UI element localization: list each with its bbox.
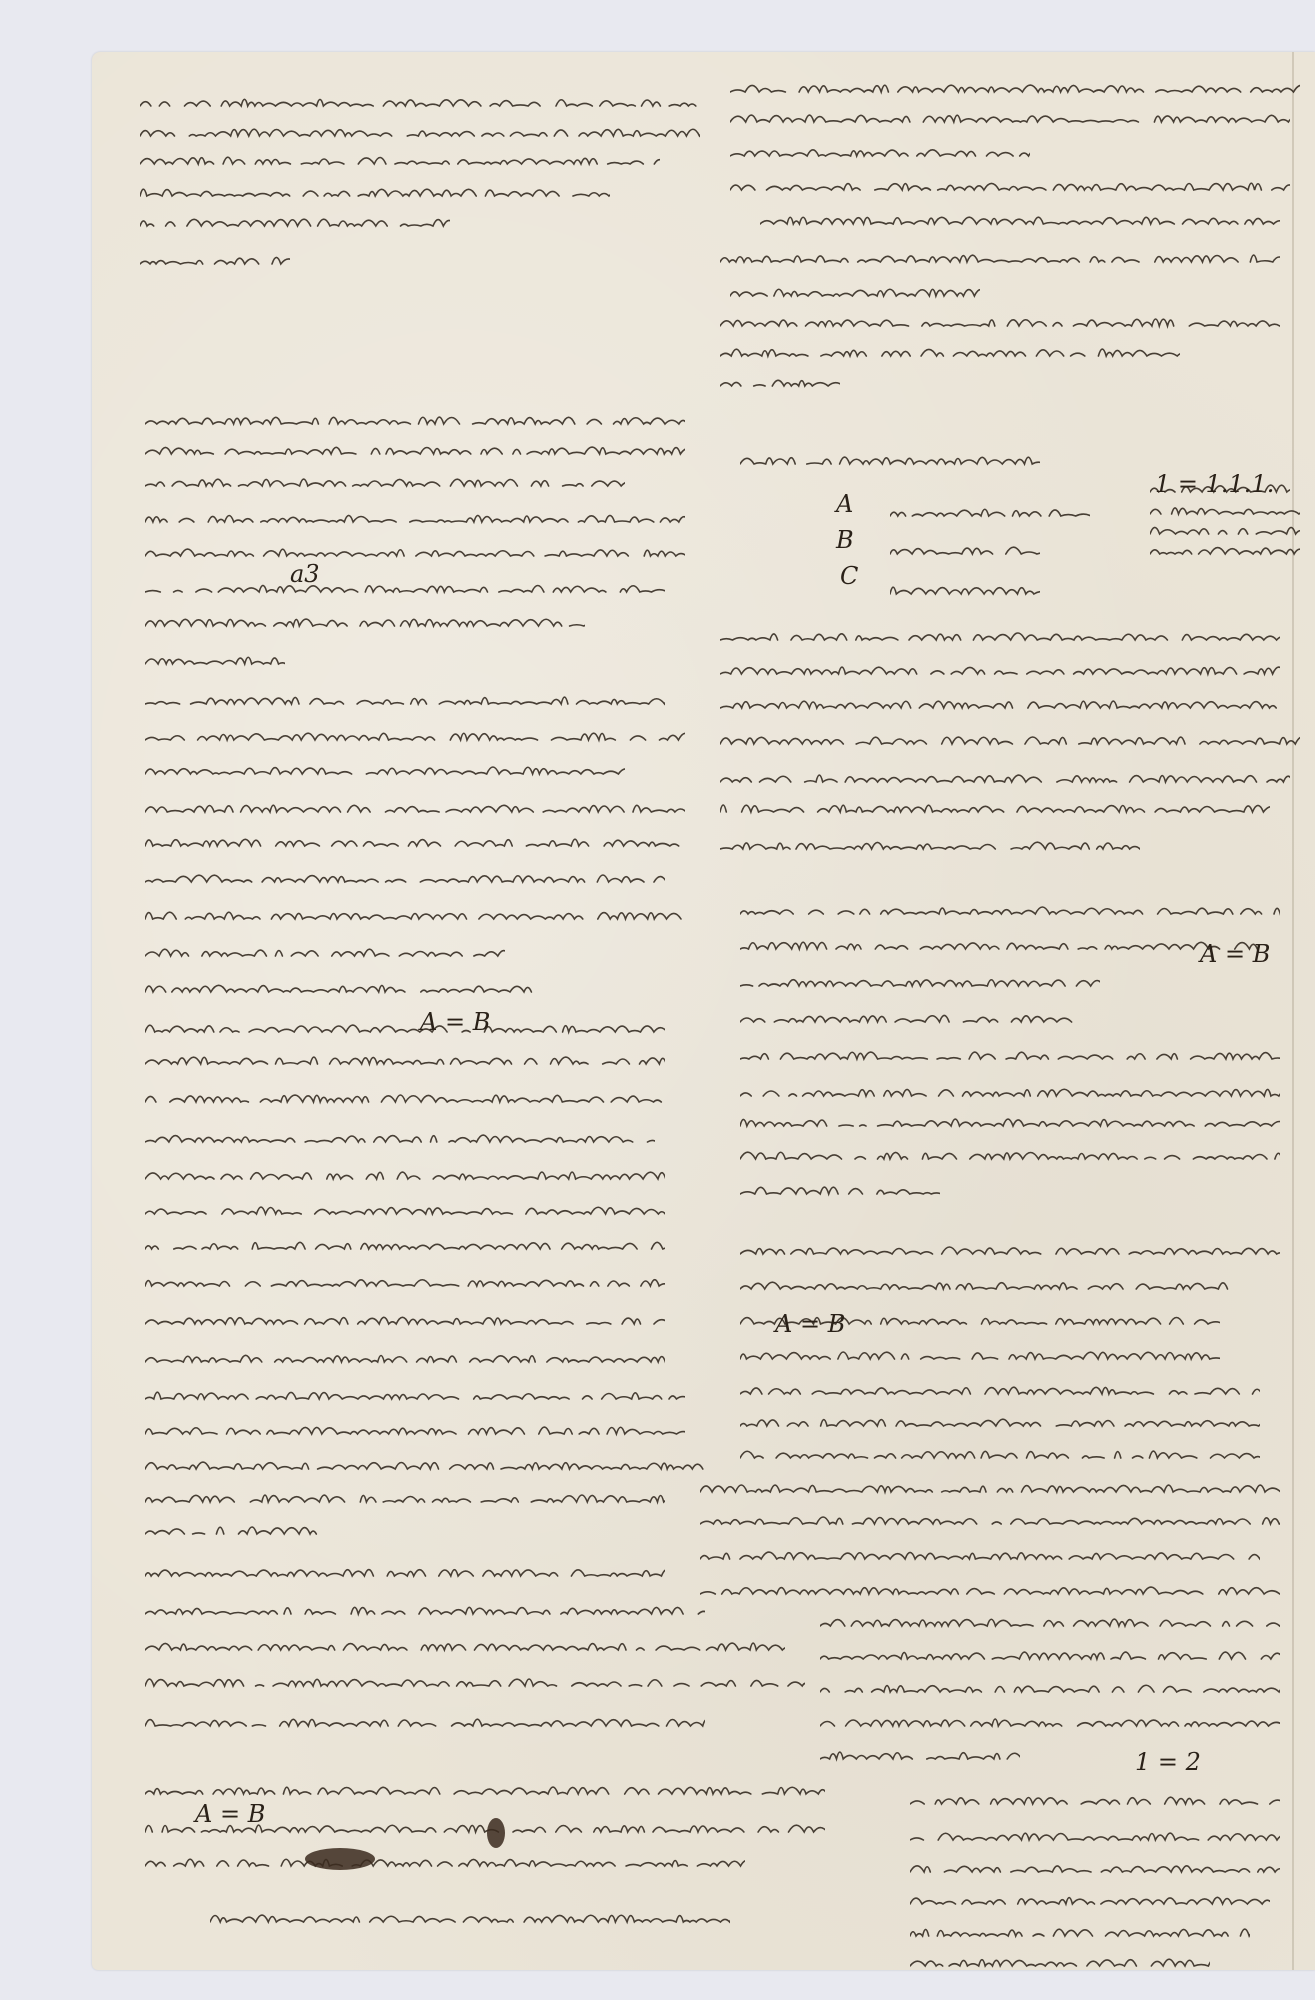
left-column-handwritten-line [145, 1600, 705, 1622]
left-column-handwritten-line [145, 1050, 665, 1072]
left-column-handwritten-line [145, 612, 585, 634]
margin-note-handwritten-line [1150, 500, 1300, 522]
left-column-handwritten-line [210, 1908, 730, 1930]
right-column-handwritten-line [740, 1008, 1080, 1030]
right-column-handwritten-line [820, 1712, 1280, 1734]
right-column-legible-token: A = B [775, 1310, 845, 1338]
left-column-handwritten-line [145, 690, 665, 712]
right-column-handwritten-line [720, 342, 1180, 364]
left-column-handwritten-line [145, 1310, 665, 1332]
left-column-legible-token: A = B [420, 1008, 490, 1036]
left-column-handwritten-line [145, 1018, 665, 1040]
left-column-handwritten-line [145, 942, 505, 964]
left-column-handwritten-line [145, 410, 685, 432]
left-column-handwritten-line [145, 508, 685, 530]
right-column-handwritten-line [740, 1180, 940, 1202]
right-column-handwritten-line [890, 580, 1040, 602]
left-column-handwritten-line [145, 726, 685, 748]
right-column-handwritten-line [740, 1412, 1260, 1434]
left-column-handwritten-line [145, 1562, 665, 1584]
right-column-handwritten-line [740, 450, 1040, 472]
right-column-handwritten-line [740, 900, 1280, 922]
left-column-handwritten-line [145, 1488, 665, 1510]
left-column-legible-token: a3 [290, 560, 320, 588]
left-column-handwritten-line [140, 92, 700, 114]
left-column-handwritten-line [140, 150, 660, 172]
right-column-handwritten-line [740, 1240, 1280, 1262]
right-column-handwritten-line [910, 1858, 1280, 1880]
right-column-handwritten-line [720, 730, 1300, 752]
right-column-handwritten-line [910, 1826, 1280, 1848]
left-column-handwritten-line [145, 1385, 685, 1407]
right-column-handwritten-line [910, 1922, 1250, 1944]
right-column-handwritten-line [740, 1045, 1280, 1067]
left-column-handwritten-line [145, 1348, 665, 1370]
left-column-handwritten-line [145, 905, 685, 927]
left-column-handwritten-line [140, 250, 290, 272]
right-column-handwritten-line [740, 1275, 1240, 1297]
right-column-handwritten-line [730, 142, 1030, 164]
right-column-handwritten-line [700, 1478, 1280, 1500]
margin-note-legible-token: 1 = 1.1.1. [1155, 470, 1274, 498]
left-column-handwritten-line [140, 122, 700, 144]
right-column-legible-token: C [840, 562, 858, 590]
right-column-handwritten-line [700, 1545, 1260, 1567]
right-column-handwritten-line [740, 935, 1260, 957]
left-column-handwritten-line [145, 578, 665, 600]
left-column-handwritten-line [145, 1088, 665, 1110]
right-column-handwritten-line [740, 1380, 1260, 1402]
left-column-legible-token: A = B [195, 1800, 265, 1828]
right-column-legible-token: A = B [1200, 940, 1270, 968]
right-column-handwritten-line [700, 1510, 1280, 1532]
right-column-handwritten-line [820, 1645, 1280, 1667]
right-column-handwritten-line [740, 1345, 1220, 1367]
right-column-handwritten-line [890, 540, 1040, 562]
right-column-handwritten-line [720, 626, 1280, 648]
right-column-handwritten-line [730, 176, 1290, 198]
left-column-handwritten-line [145, 1128, 655, 1150]
right-column-handwritten-line [740, 1082, 1280, 1104]
right-column-handwritten-line [730, 108, 1290, 130]
right-column-legible-token: A [836, 490, 853, 518]
right-column-handwritten-line [720, 768, 1290, 790]
right-column-handwritten-line [820, 1678, 1280, 1700]
margin-note-handwritten-line [1150, 520, 1300, 542]
left-column-handwritten-line [145, 832, 685, 854]
left-column-handwritten-line [145, 1165, 665, 1187]
right-column-handwritten-line [890, 502, 1090, 524]
ink-blot [487, 1818, 505, 1848]
left-column-handwritten-line [145, 760, 625, 782]
right-column-handwritten-line [740, 1444, 1260, 1466]
ink-blot [305, 1848, 375, 1870]
margin-note-handwritten-line [1150, 540, 1300, 562]
left-column-handwritten-line [145, 1235, 665, 1257]
right-column-handwritten-line [740, 972, 1100, 994]
right-column-legible-token: B [836, 526, 854, 554]
right-column-handwritten-line [720, 835, 1140, 857]
right-column-handwritten-line [700, 1580, 1280, 1602]
right-column-handwritten-line [740, 1145, 1280, 1167]
right-column-handwritten-line [820, 1745, 1020, 1767]
left-column-handwritten-line [145, 1636, 785, 1658]
left-column-handwritten-line [145, 472, 625, 494]
left-column-handwritten-line [145, 868, 665, 890]
left-column-handwritten-line [145, 798, 685, 820]
right-column-handwritten-line [720, 660, 1280, 682]
left-column-handwritten-line [145, 1672, 805, 1694]
right-column-handwritten-line [910, 1890, 1270, 1912]
right-column-handwritten-line [820, 1612, 1280, 1634]
right-column-handwritten-line [910, 1952, 1210, 1974]
right-column-legible-token: 1 = 2 [1135, 1748, 1201, 1776]
left-column-handwritten-line [145, 1420, 685, 1442]
right-column-handwritten-line [720, 248, 1280, 270]
left-column-handwritten-line [145, 1712, 705, 1734]
left-column-handwritten-line [145, 1455, 705, 1477]
right-column-handwritten-line [720, 372, 840, 394]
right-column-handwritten-line [910, 1790, 1280, 1812]
left-column-handwritten-line [145, 650, 285, 672]
left-column-handwritten-line [145, 1520, 325, 1542]
left-column-handwritten-line [145, 1852, 745, 1874]
right-column-handwritten-line [720, 694, 1280, 716]
left-column-handwritten-line [145, 1780, 825, 1802]
left-column-handwritten-line [140, 182, 610, 204]
left-column-handwritten-line [145, 542, 685, 564]
right-column-handwritten-line [730, 78, 1300, 100]
left-column-handwritten-line [140, 212, 450, 234]
right-column-handwritten-line [720, 312, 1280, 334]
left-column-handwritten-line [145, 1272, 665, 1294]
right-column-handwritten-line [760, 210, 1280, 232]
left-column-handwritten-line [145, 440, 685, 462]
right-column-handwritten-line [720, 798, 1270, 820]
left-column-handwritten-line [145, 1200, 665, 1222]
paper-fold-line [1292, 52, 1294, 1970]
right-column-handwritten-line [730, 282, 980, 304]
right-column-handwritten-line [740, 1112, 1280, 1134]
left-column-handwritten-line [145, 978, 545, 1000]
